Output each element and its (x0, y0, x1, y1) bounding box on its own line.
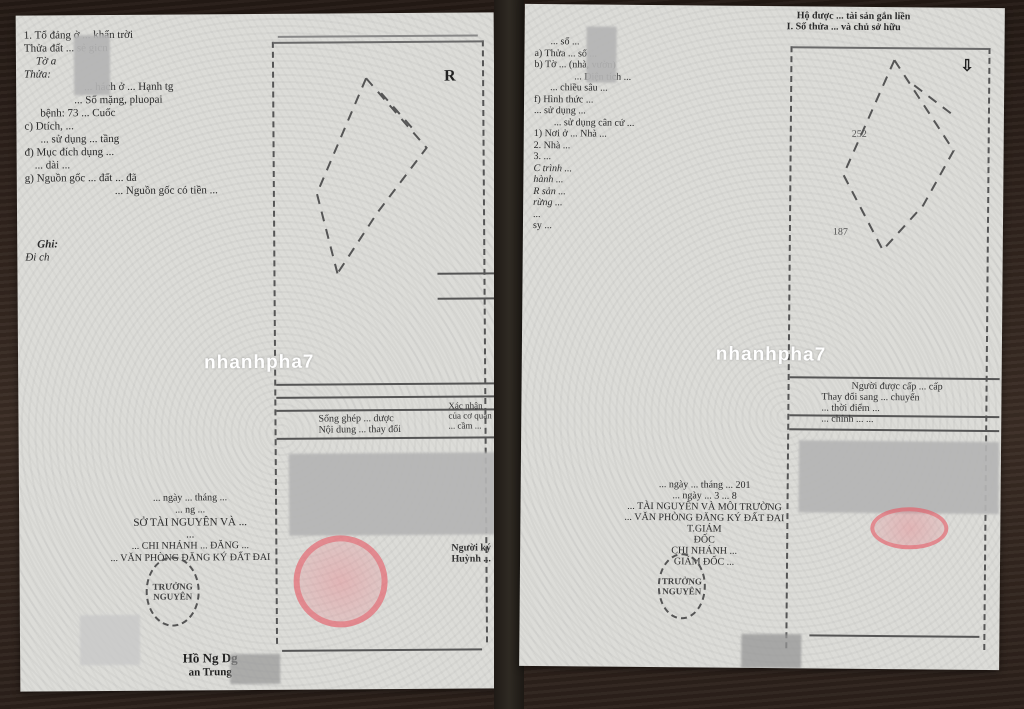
text-line: ... hách ở ... Hạnh tg (24, 80, 217, 94)
table-header-text: của cơ quan (448, 410, 491, 420)
redacted-area (798, 440, 999, 514)
right-page-text-block: ... số ... a) Thửa ... số ... b) Tờ ... … (533, 36, 635, 232)
document-right-page: Hộ được ... tài sản gắn liền I. Số thửa … (519, 4, 1005, 670)
text-line: Thửa đất ... sẻ gicn (24, 41, 217, 55)
text-line: ... sử dụng cân cứ ... (534, 117, 635, 129)
land-plot-diagram (306, 73, 447, 284)
text-line: 1) Nơi ở ... Nhà ... (534, 128, 635, 140)
redacted-area (74, 35, 110, 95)
text-line: c) Dtích, ... (24, 119, 217, 133)
signer-name: Huỳnh ... (451, 553, 491, 564)
table-header-text: Xác nhận (448, 400, 491, 410)
text-line: ... số ... (535, 36, 636, 48)
black-seal-stamp: TRƯỞNG NGUYÊN (658, 553, 707, 619)
frame-bottom-rule (282, 648, 482, 651)
text-line: đ) Mục đích dụng ... (25, 145, 218, 159)
issuing-authority-block: ... ngày ... tháng ... ... ng ... SỞ TÀI… (95, 492, 285, 565)
text-line: sy ... (533, 220, 634, 232)
table-header-text: ... chính ... ... (821, 414, 942, 426)
left-page-text-block: 1. Tổ đảng ở ... khẩn trời Thửa đất ... … (24, 28, 219, 264)
text-line: bệnh: 73 ... Cuốc (24, 106, 217, 120)
redacted-area (230, 654, 280, 684)
redacted-area (80, 615, 140, 665)
watermark: nhanhpha7 (716, 344, 827, 367)
text-line: Tờ a (24, 54, 217, 68)
text-line: ... sử dụng ... (534, 105, 635, 117)
text-line: b) Tờ ... (nhà, vườn) (534, 59, 635, 71)
table-rule (438, 297, 496, 299)
text-line: hành ... (533, 174, 634, 186)
text-line: ... Nguồn gốc có tiền ... (25, 184, 218, 198)
text-line: rừng ... (533, 197, 634, 209)
land-plot-diagram: 252 187 (823, 55, 985, 256)
signer-title: Người ký (451, 542, 491, 553)
table-header: Xác nhận của cơ quan ... cầm ... (448, 400, 491, 430)
table-header-text: ... cầm ... (448, 420, 491, 430)
text-line: ... Diện tích ... (534, 71, 635, 83)
text-line: a) Thửa ... số ... (534, 48, 635, 60)
plot-label: 187 (833, 227, 848, 238)
text-line: Thửa: (24, 67, 217, 81)
authority-office: ... VĂN PHÒNG ĐĂNG KÝ ĐẤT ĐAI (95, 552, 285, 565)
text-line: ... (533, 208, 634, 220)
red-seal-stamp (293, 535, 388, 628)
black-seal-stamp: TRƯỞNG NGUYÊN (145, 556, 199, 626)
text-line: Ghi: (25, 237, 218, 251)
document-left-page: 1. Tổ đảng ở ... khẩn trời Thửa đất ... … (16, 12, 499, 691)
text-line: R sản ... (533, 185, 634, 197)
north-arrow-icon: ⇩ (960, 56, 974, 76)
text-line: 3. ... (534, 151, 635, 163)
authority-office: GIÁM ĐỐC ... (584, 555, 824, 568)
text-line: ... sử dụng ... tầng (24, 132, 217, 146)
text-line: ... chiều sâu ... (534, 82, 635, 94)
text-line: C trình ... (533, 162, 634, 174)
header-line: I. Số thửa ... và chủ sở hữu (787, 21, 911, 33)
redacted-area (289, 452, 498, 535)
plot-label: R (444, 68, 456, 86)
table-header: Sống ghép ... dược Nội dung ... thay đổi (318, 413, 401, 436)
text-line: g) Nguồn gốc ... đất ... đã (25, 171, 218, 185)
red-seal-stamp (870, 507, 948, 550)
issuing-authority-block: ... ngày ... tháng ... 201 ... ngày ... … (584, 478, 825, 568)
text-line: f) Hình thức ... (534, 94, 635, 106)
text-line: 2. Nhà ... (534, 140, 635, 152)
text-line: Đi ch (25, 250, 218, 264)
text-line: ... Số mặng, pluopai (24, 93, 217, 107)
signer-label: Người ký Huỳnh ... (451, 542, 491, 564)
redacted-area (741, 634, 801, 669)
watermark: nhanhpha7 (204, 352, 314, 375)
frame-top-rule (278, 34, 478, 37)
right-page-header: Hộ được ... tài sản gắn liền I. Số thửa … (787, 10, 911, 33)
table-header-text: Nội dung ... thay đổi (319, 424, 402, 436)
plot-label: 252 (852, 129, 867, 140)
table-header-text: Sống ghép ... dược (318, 413, 401, 425)
text-line: 1. Tổ đảng ở ... khẩn trời (24, 28, 217, 42)
text-line: ... dài ... (25, 158, 218, 172)
redacted-area (586, 26, 616, 82)
table-rule (437, 272, 495, 274)
table-header: Người được cấp ... cấp Thay đổi sang ...… (821, 381, 942, 426)
